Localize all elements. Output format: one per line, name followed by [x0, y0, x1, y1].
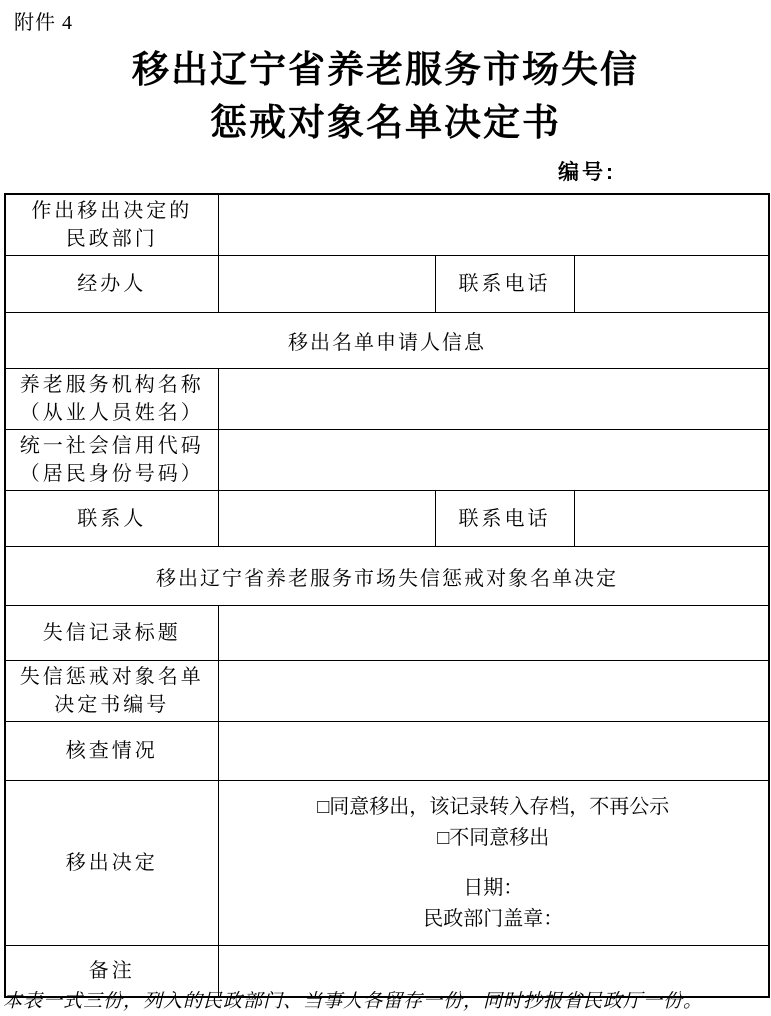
document-page: 附件 4 移出辽宁省养老服务市场失信 惩戒对象名单决定书 编号: 作出移出决定的…	[0, 0, 771, 1016]
verification-label: 核查情况	[5, 722, 218, 781]
institution-name-field[interactable]	[218, 369, 769, 430]
handler-label: 经办人	[5, 256, 218, 313]
table-row-record-title: 失信记录标题	[5, 606, 769, 661]
decision-number-label: 失信惩戒对象名单 决定书编号	[5, 661, 218, 722]
credit-code-label: 统一社会信用代码 （居民身份号码）	[5, 430, 218, 491]
serial-number-row: 编号:	[0, 156, 620, 186]
document-title-line2: 惩戒对象名单决定书	[0, 97, 771, 150]
table-row-removal-decision: 移出决定 □同意移出，该记录转入存档，不再公示 □不同意移出 日期： 民政部门盖…	[5, 781, 769, 946]
verification-field[interactable]	[218, 722, 769, 781]
removal-decision-cell: □同意移出，该记录转入存档，不再公示 □不同意移出 日期： 民政部门盖章：	[218, 781, 769, 946]
handler-phone-field[interactable]	[574, 256, 769, 313]
table-row-handler: 经办人 联系电话	[5, 256, 769, 313]
removal-decision-label: 移出决定	[5, 781, 218, 946]
serial-number-label: 编号:	[558, 161, 616, 184]
table-row-contact: 联系人 联系电话	[5, 491, 769, 547]
contact-phone-label: 联系电话	[435, 491, 574, 547]
footer-note: 本表一式三份，列入的民政部门、当事人各留存一份，同时抄报省民政厅一份。	[3, 986, 771, 1013]
deciding-department-label: 作出移出决定的 民政部门	[5, 194, 218, 256]
contact-person-field[interactable]	[218, 491, 435, 547]
contact-phone-field[interactable]	[574, 491, 769, 547]
table-row-decision-section: 移出辽宁省养老服务市场失信惩戒对象名单决定	[5, 547, 769, 606]
applicant-section-header: 移出名单申请人信息	[5, 313, 769, 369]
record-title-label: 失信记录标题	[5, 606, 218, 661]
decision-date-label: 日期：	[223, 873, 765, 904]
decision-seal-label: 民政部门盖章：	[223, 904, 765, 935]
table-row-credit-code: 统一社会信用代码 （居民身份号码）	[5, 430, 769, 491]
contact-label: 联系人	[5, 491, 218, 547]
table-row-institution-name: 养老服务机构名称 （从业人员姓名）	[5, 369, 769, 430]
table-row-verification: 核查情况	[5, 722, 769, 781]
handler-phone-label: 联系电话	[435, 256, 574, 313]
handler-field[interactable]	[218, 256, 435, 313]
deciding-department-field[interactable]	[218, 194, 769, 256]
record-title-field[interactable]	[218, 606, 769, 661]
credit-code-field[interactable]	[218, 430, 769, 491]
table-row-deciding-department: 作出移出决定的 民政部门	[5, 194, 769, 256]
table-row-applicant-section: 移出名单申请人信息	[5, 313, 769, 369]
institution-name-label: 养老服务机构名称 （从业人员姓名）	[5, 369, 218, 430]
decision-option-disagree[interactable]: □不同意移出	[223, 823, 765, 854]
attachment-label: 附件 4	[14, 6, 73, 35]
decision-spacer	[223, 854, 765, 873]
decision-number-field[interactable]	[218, 661, 769, 722]
document-title-line1: 移出辽宁省养老服务市场失信	[0, 44, 771, 97]
decision-form-table: 作出移出决定的 民政部门 经办人 联系电话 移出名单申请人信息 养老服务机构名称…	[4, 193, 770, 998]
table-row-decision-number: 失信惩戒对象名单 决定书编号	[5, 661, 769, 722]
decision-section-header: 移出辽宁省养老服务市场失信惩戒对象名单决定	[5, 547, 769, 606]
document-title: 移出辽宁省养老服务市场失信 惩戒对象名单决定书	[0, 44, 771, 150]
decision-option-agree[interactable]: □同意移出，该记录转入存档，不再公示	[223, 792, 765, 823]
